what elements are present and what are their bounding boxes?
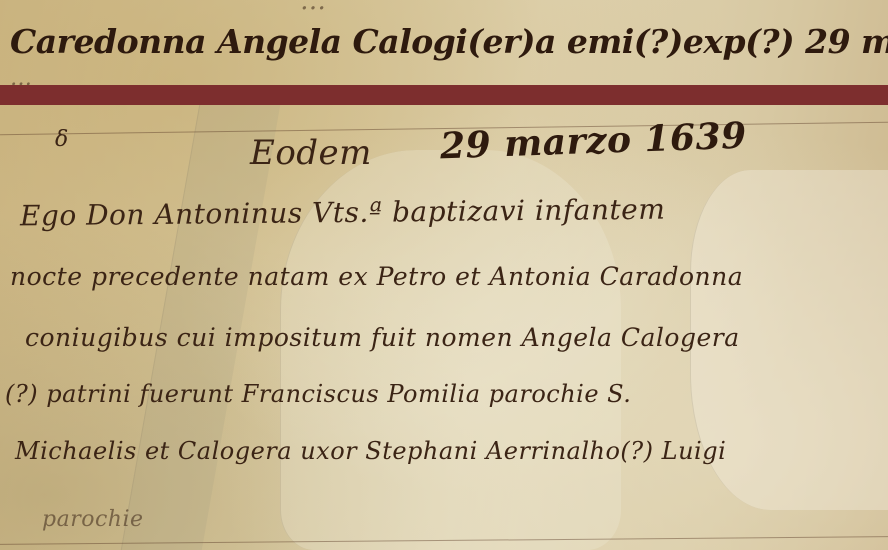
entry-line-5: Michaelis et Calogera uxor Stephani Aerr… [15, 437, 726, 465]
previous-entry-header-line: Caredonna Angela Calogi(er)a emi(?)exp(?… [10, 22, 888, 61]
entry-line-3: coniugibus cui impositum fuit nomen Ange… [25, 323, 740, 352]
entry-line-6: parochie [42, 507, 144, 532]
entry-line-2: nocte precedente natam ex Petro et Anton… [10, 262, 743, 291]
margin-mark: δ [55, 127, 69, 152]
entry-line-1: Ego Don Antoninus Vts.ª baptizavi infant… [20, 193, 666, 233]
entry-eodem: Eodem [250, 133, 372, 173]
redaction-band [0, 85, 888, 105]
previous-entry-fragment: … [300, 0, 327, 16]
entry-line-4: (?) patrini fuerunt Franciscus Pomilia p… [5, 380, 631, 408]
